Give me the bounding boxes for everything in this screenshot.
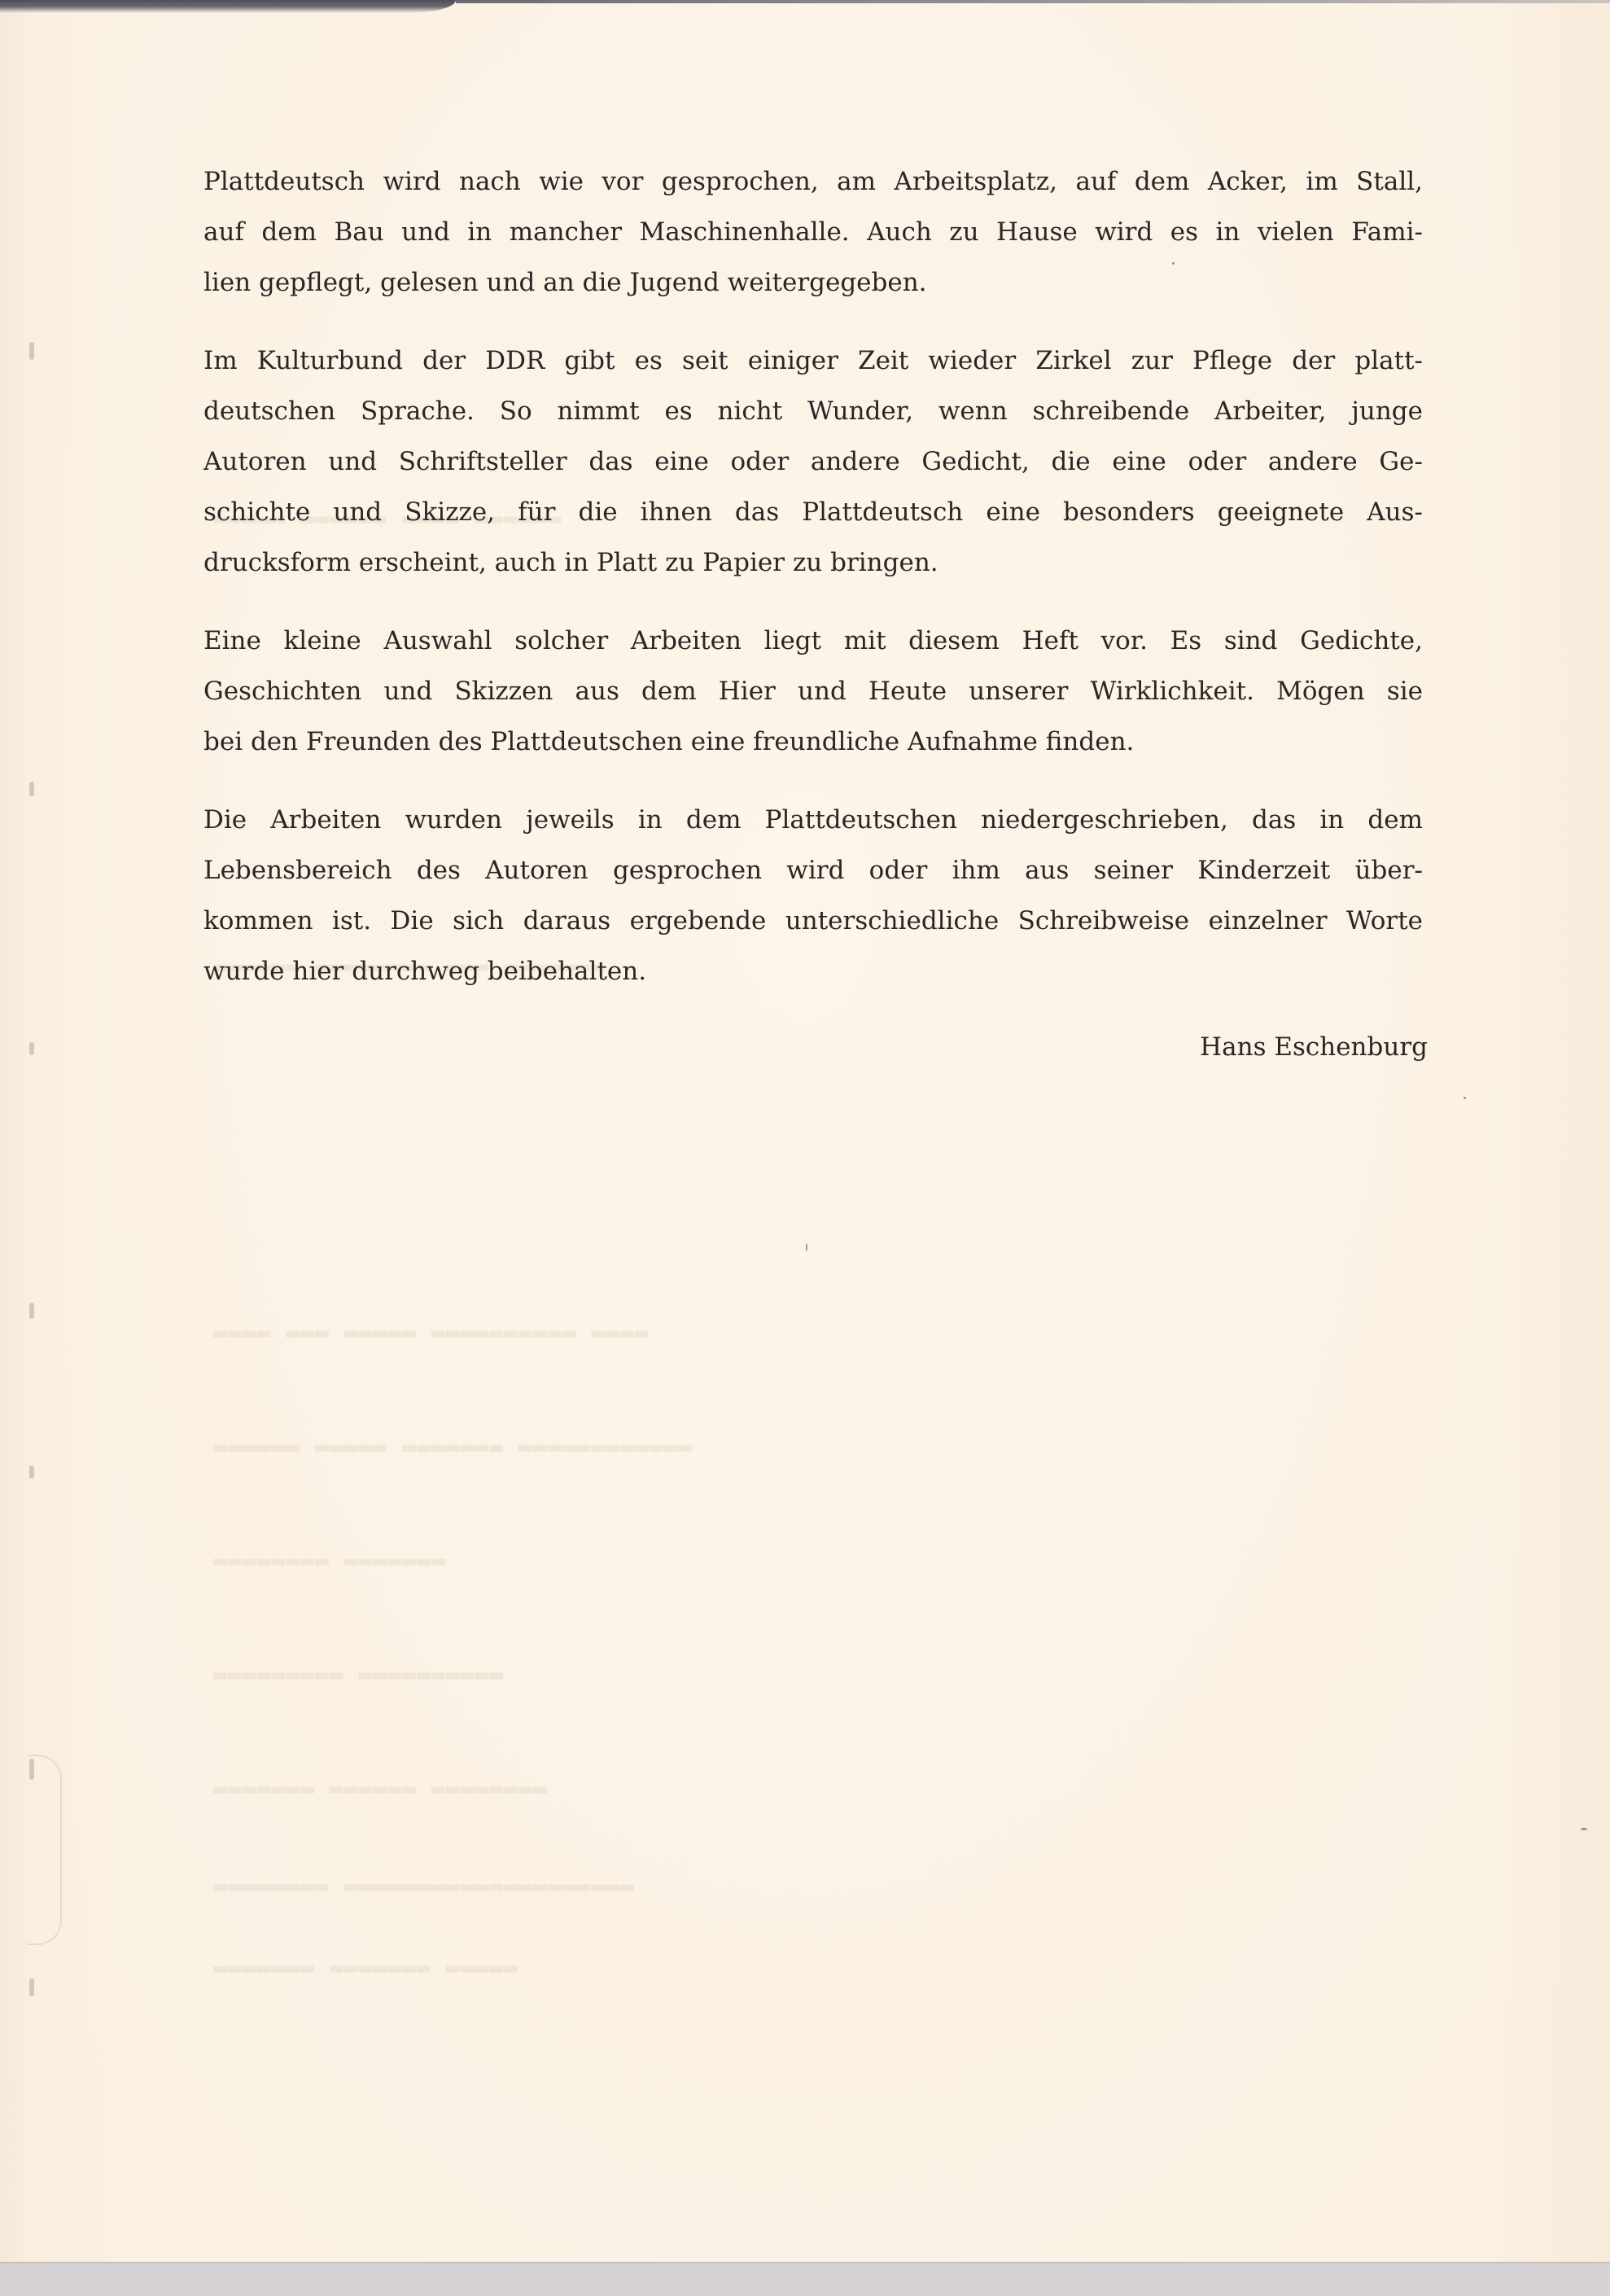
text-line: schichte und Skizze, für die ihnen das P… [203, 487, 1423, 537]
binding-thread [28, 1755, 62, 1945]
text-line: lien gepflegt, gelesen und an die Jugend… [203, 257, 1423, 308]
binding-hole [29, 782, 34, 796]
text-line: kommen ist. Die sich daraus ergebende un… [203, 896, 1423, 946]
text-line: deutschen Sprache. So nimmt es nicht Wun… [203, 386, 1423, 436]
paper-speck [1463, 1097, 1466, 1099]
paper-speck [806, 1243, 807, 1251]
scan-edge-top [456, 0, 1610, 3]
paragraph-3: Eine kleine Auswahl solcher Arbeiten lie… [203, 616, 1423, 767]
show-through-text: ▬▬▬▬ ▬▬▬ ▬▬▬▬▬ ▬▬▬▬▬▬▬▬▬▬ ▬▬▬▬ [213, 1319, 650, 1346]
text-line: Geschichten und Skizzen aus dem Hier und… [203, 666, 1423, 716]
text-line: wurde hier durchweg beibehalten. [203, 946, 1423, 997]
show-through-text: ▬▬▬▬▬▬▬▬ ▬▬▬▬▬▬▬ [213, 1547, 446, 1574]
binding-hole [29, 1466, 34, 1479]
show-through-text: ▬▬▬▬▬▬ ▬▬▬▬▬ ▬▬▬▬▬▬▬ ▬▬▬▬▬▬▬▬▬▬▬▬ [213, 1433, 693, 1460]
text-line: Autoren und Schriftsteller das eine oder… [203, 436, 1423, 487]
binding-hole [29, 342, 34, 360]
text-line: Eine kleine Auswahl solcher Arbeiten lie… [203, 616, 1423, 666]
binding-hole [29, 1978, 34, 1996]
paragraph-2: Im Kulturbund der DDR gibt es seit einig… [203, 335, 1423, 588]
scan-shadow-top [0, 0, 456, 13]
paper-speck [1581, 1828, 1587, 1830]
show-through-text: ▬▬▬▬▬▬▬▬▬ ▬▬▬▬▬▬▬▬▬▬ [213, 1661, 504, 1688]
text-line: drucksform erscheint, auch in Platt zu P… [203, 537, 1423, 588]
paragraph-1: Plattdeutsch wird nach wie vor gesproche… [203, 156, 1423, 308]
text-line: Die Arbeiten wurden jeweils in dem Platt… [203, 795, 1423, 845]
author-signature: Hans Eschenburg [1175, 1022, 1428, 1072]
binding-hole [29, 1303, 34, 1319]
text-line: auf dem Bau und in mancher Maschinenhall… [203, 207, 1423, 257]
text-line: Plattdeutsch wird nach wie vor gesproche… [203, 156, 1423, 207]
paragraph-4: Die Arbeiten wurden jeweils in dem Platt… [203, 795, 1423, 997]
text-line: Lebensbereich des Autoren gesprochen wir… [203, 845, 1423, 896]
scanner-bed-edge [0, 2262, 1610, 2296]
show-through-text: ▬▬▬▬▬▬▬▬ ▬▬▬▬▬▬▬▬▬▬▬▬▬▬▬▬▬▬▬▬ [213, 1873, 635, 1899]
text-line: Im Kulturbund der DDR gibt es seit einig… [203, 335, 1423, 386]
show-through-text: ▬▬▬▬▬▬▬ ▬▬▬▬▬▬▬ ▬▬▬▬▬ [213, 1954, 518, 1981]
binding-hole [29, 1042, 34, 1055]
text-line: bei den Freunden des Plattdeutschen eine… [203, 716, 1423, 767]
paper-page: ▬▬▬▬▬ ▬▬▬▬▬▬ ▬▬▬▬ ▬▬▬▬▬▬ ▬▬▬▬▬▬ ▬▬▬▬▬▬▬▬… [0, 0, 1610, 2262]
foreword-text: Plattdeutsch wird nach wie vor gesproche… [203, 156, 1423, 1024]
show-through-text: ▬▬▬▬▬▬▬ ▬▬▬▬▬▬ ▬▬▬▬▬▬▬▬ [213, 1775, 548, 1802]
